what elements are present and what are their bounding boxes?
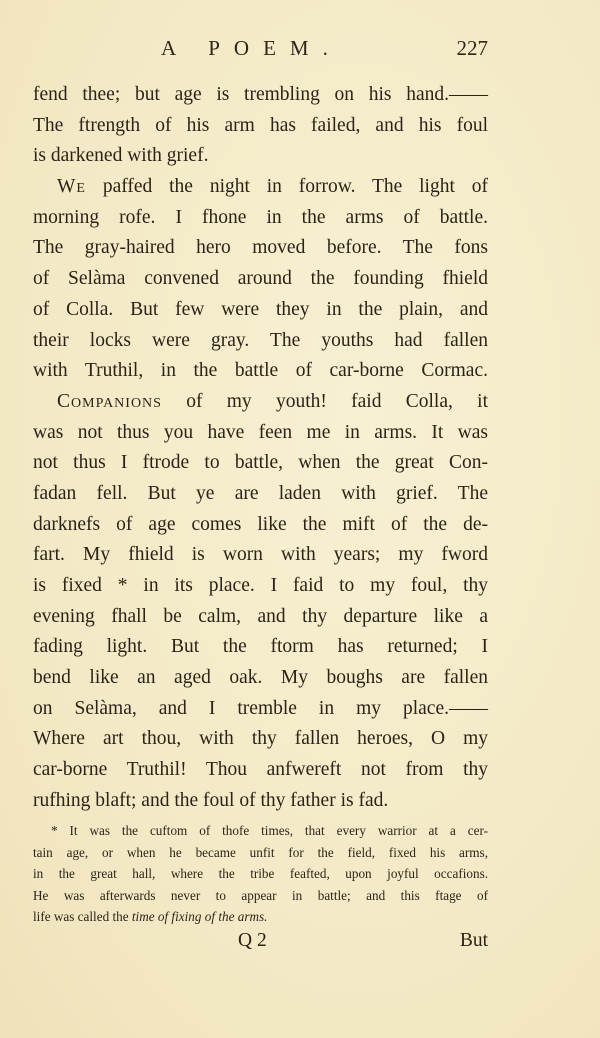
page-number: 227 xyxy=(457,36,489,61)
text-line: morning rofe. I fhone in the arms of bat… xyxy=(33,203,488,234)
text-span: of my youth! faid Colla, it xyxy=(162,391,488,412)
footnote-line: * It was the cuftom of thofe times, that… xyxy=(33,820,488,842)
text-line: rufhing blaft; and the foul of thy fathe… xyxy=(33,786,488,817)
catchword: But xyxy=(460,930,488,952)
text-line: of Selàma convened around the founding f… xyxy=(33,264,488,295)
text-line: their locks were gray. The youths had fa… xyxy=(33,326,488,357)
small-caps-lead: Companions xyxy=(57,391,162,412)
text-line: The ftrength of his arm has failed, and … xyxy=(33,111,488,142)
text-line: fend thee; but age is trembling on his h… xyxy=(33,80,488,111)
text-line: Where art thou, with thy fallen heroes, … xyxy=(33,724,488,755)
text-line: not thus I ftrode to battle, when the gr… xyxy=(33,448,488,479)
footnote: * It was the cuftom of thofe times, that… xyxy=(33,820,488,928)
text-line: was not thus you have feen me in arms. I… xyxy=(33,418,488,449)
footnote-line: in the great hall, where the tribe feaft… xyxy=(33,863,488,885)
paragraph-start: We paffed the night in forrow. The light… xyxy=(33,172,488,203)
small-caps-lead: We xyxy=(57,176,86,197)
text-line: The gray-haired hero moved before. The f… xyxy=(33,233,488,264)
running-head: A POEM. xyxy=(161,36,342,61)
text-line: of Colla. But few were they in the plain… xyxy=(33,295,488,326)
body-text: fend thee; but age is trembling on his h… xyxy=(33,80,488,817)
text-line: is darkened with grief. xyxy=(33,141,488,172)
text-line: evening fhall be calm, and thy departure… xyxy=(33,602,488,633)
signature-mark: Q 2 xyxy=(238,930,267,952)
page-header: A POEM. 227 xyxy=(33,36,488,66)
text-line: darknefs of age comes like the mift of t… xyxy=(33,510,488,541)
page-footer: Q 2 But xyxy=(33,930,488,960)
text-line: fading light. But the ftorm has returned… xyxy=(33,632,488,663)
text-line: bend like an aged oak. My boughs are fal… xyxy=(33,663,488,694)
paragraph-start: Companions of my youth! faid Colla, it xyxy=(33,387,488,418)
text-line: with Truthil, in the battle of car-borne… xyxy=(33,356,488,387)
footnote-line: He was afterwards never to appear in bat… xyxy=(33,885,488,907)
footnote-line: tain age, or when he became unfit for th… xyxy=(33,842,488,864)
text-line: car-borne Truthil! Thou anfwereft not fr… xyxy=(33,755,488,786)
text-line: on Selàma, and I tremble in my place.—— xyxy=(33,694,488,725)
text-line: fart. My fhield is worn with years; my f… xyxy=(33,540,488,571)
text-span: life was called the xyxy=(33,909,132,924)
text-line: is fixed * in its place. I faid to my fo… xyxy=(33,571,488,602)
text-line: fadan fell. But ye are laden with grief.… xyxy=(33,479,488,510)
text-span: paffed the night in forrow. The light of xyxy=(86,176,488,197)
book-page: A POEM. 227 fend thee; but age is trembl… xyxy=(0,0,600,1038)
footnote-line: life was called the time of fixing of th… xyxy=(33,906,488,928)
italic-term: time of fixing of the arms. xyxy=(132,909,268,924)
